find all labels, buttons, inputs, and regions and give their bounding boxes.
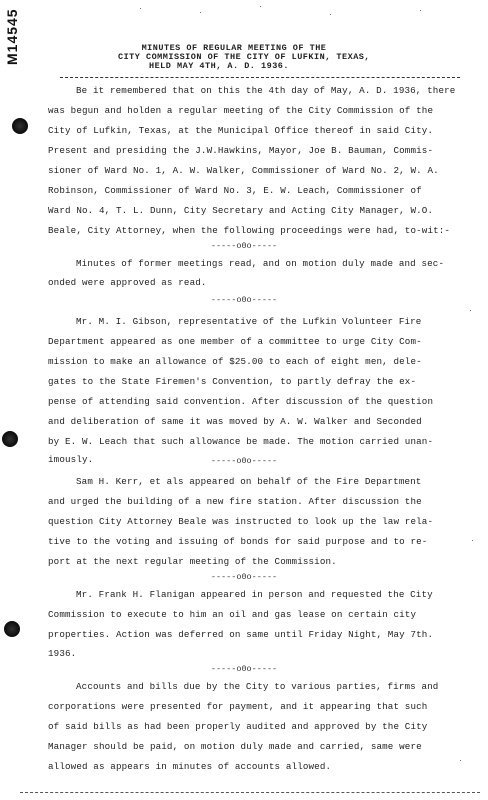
text-line: onded were approved as read. [48, 277, 207, 289]
text-line: was begun and holden a regular meeting o… [48, 105, 433, 117]
text-line: and deliberation of same it was moved by… [48, 416, 422, 428]
punch-hole-icon [2, 431, 18, 447]
text-line: and urged the building of a new fire sta… [48, 496, 422, 508]
document-page: M14545 MINUTES OF REGULAR MEETING OF THE… [0, 0, 488, 800]
bottom-edge-rule [20, 792, 480, 793]
text-line: tive to the voting and issuing of bonds … [48, 536, 427, 548]
text-line: Beale, City Attorney, when the following… [48, 225, 450, 237]
section-separator: -----o0o----- [0, 664, 488, 674]
text-line: Department appeared as one member of a c… [48, 336, 422, 348]
title-divider [60, 77, 460, 78]
text-line: properties. Action was deferred on same … [48, 629, 433, 641]
text-line: Be it remembered that on this the 4th da… [76, 85, 455, 97]
text-line: Present and presiding the J.W.Hawkins, M… [48, 145, 433, 157]
text-line: pense of attending said convention. Afte… [48, 396, 433, 408]
text-line: 1936. [48, 648, 76, 660]
text-line: Robinson, Commissioner of Ward No. 3, E.… [48, 185, 422, 197]
text-line: Commission to execute to him an oil and … [48, 609, 416, 621]
text-line: Mr. M. I. Gibson, representative of the … [76, 316, 421, 328]
text-line: Manager should be paid, on motion duly m… [48, 741, 422, 753]
scan-noise [260, 6, 261, 7]
scan-noise [330, 14, 331, 15]
scan-noise [460, 760, 461, 761]
punch-hole-icon [12, 118, 28, 134]
text-line: gates to the State Firemen's Convention,… [48, 376, 416, 388]
section-separator: -----o0o----- [0, 241, 488, 251]
text-line: mission to make an allowance of $25.00 t… [48, 356, 422, 368]
scan-noise [420, 10, 421, 11]
text-line: Accounts and bills due by the City to va… [76, 681, 438, 693]
text-line: of said bills as had been properly audit… [48, 721, 427, 733]
text-line: question City Attorney Beale was instruc… [48, 516, 433, 528]
text-line: port at the next regular meeting of the … [48, 556, 337, 568]
section-separator: -----o0o----- [0, 295, 488, 305]
text-line: Ward No. 4, T. L. Dunn, City Secretary a… [48, 205, 433, 217]
text-line: corporations were presented for payment,… [48, 701, 427, 713]
text-line: allowed as appears in minutes of account… [48, 761, 331, 773]
text-line: Mr. Frank H. Flanigan appeared in person… [76, 589, 433, 601]
title-line-3: HELD MAY 4TH, A. D. 1936. [0, 62, 463, 71]
scan-noise [470, 310, 471, 311]
scan-noise [200, 12, 201, 13]
punch-hole-icon [4, 621, 20, 637]
scan-noise [472, 540, 473, 541]
text-line: Sam H. Kerr, et als appeared on behalf o… [76, 476, 421, 488]
text-line: City of Lufkin, Texas, at the Municipal … [48, 125, 433, 137]
section-separator: -----o0o----- [0, 456, 488, 466]
scan-noise [140, 8, 141, 9]
text-line: sioner of Ward No. 1, A. W. Walker, Comm… [48, 165, 439, 177]
text-line: by E. W. Leach that such allowance be ma… [48, 436, 433, 448]
section-separator: -----o0o----- [0, 572, 488, 582]
text-line: Minutes of former meetings read, and on … [76, 258, 444, 270]
